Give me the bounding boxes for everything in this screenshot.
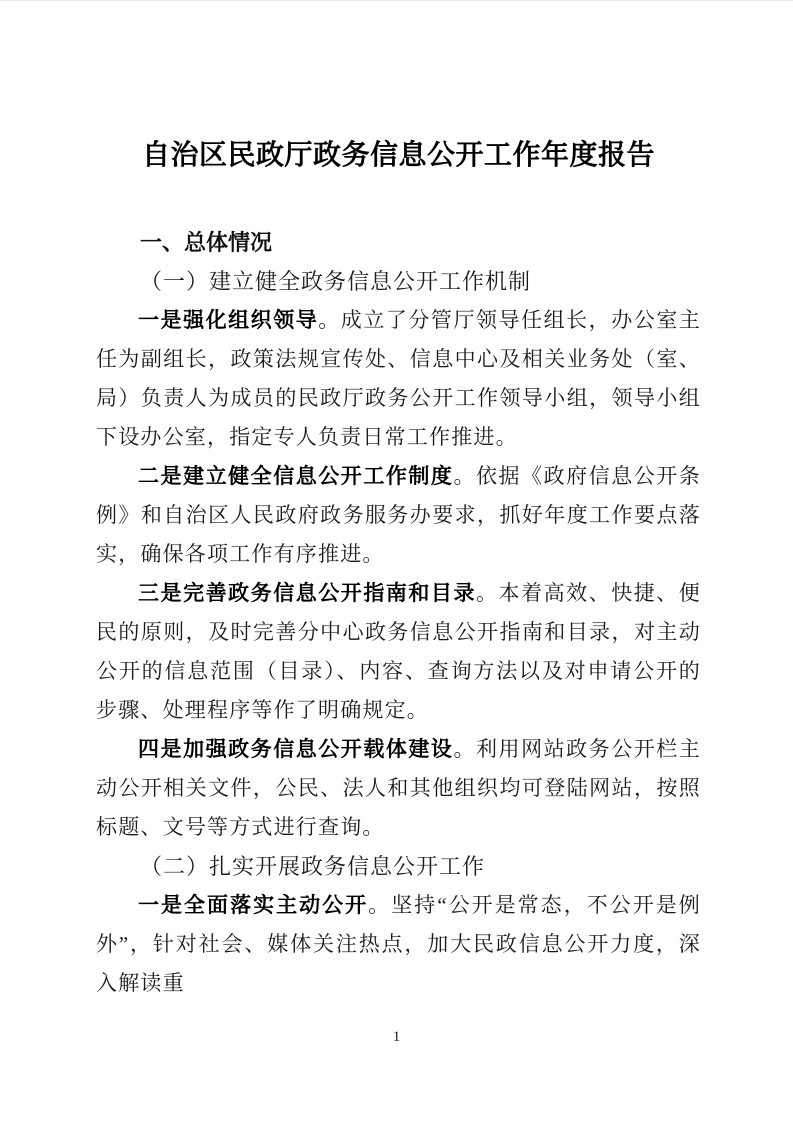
subsection-heading-2: （二）扎实开展政务信息公开工作 <box>96 847 701 886</box>
paragraph-5-lead: 一是全面落实主动公开 <box>138 893 368 917</box>
section-heading-overall-situation: 一、总体情况 <box>96 223 701 262</box>
paragraph-4-lead: 四是加强政务信息公开载体建设 <box>138 737 453 761</box>
paragraph-3: 三是完善政务信息公开指南和目录。本着高效、快捷、便民的原则，及时完善分中心政务信… <box>96 574 701 730</box>
paragraph-2: 二是建立健全信息公开工作制度。依据《政府信息公开条例》和自治区人民政府政务服务办… <box>96 457 701 574</box>
paragraph-3-lead: 三是完善政务信息公开指南和目录 <box>138 581 476 605</box>
paragraph-2-lead: 二是建立健全信息公开工作制度 <box>138 464 453 488</box>
paragraph-4: 四是加强政务信息公开载体建设。利用网站政务公开栏主动公开相关文件，公民、法人和其… <box>96 730 701 847</box>
subsection-heading-1: （一）建立健全政务信息公开工作机制 <box>96 262 701 301</box>
document-title: 自治区民政厅政务信息公开工作年度报告 <box>96 133 701 179</box>
page-number: 1 <box>0 1029 793 1046</box>
paragraph-1-lead: 一是强化组织领导 <box>138 308 318 332</box>
paragraph-1: 一是强化组织领导。成立了分管厅领导任组长，办公室主任为副组长，政策法规宣传处、信… <box>96 301 701 457</box>
document-page: 自治区民政厅政务信息公开工作年度报告 一、总体情况 （一）建立健全政务信息公开工… <box>0 0 793 1122</box>
paragraph-5: 一是全面落实主动公开。坚持“公开是常态，不公开是例外”，针对社会、媒体关注热点，… <box>96 886 701 1003</box>
document-content: 自治区民政厅政务信息公开工作年度报告 一、总体情况 （一）建立健全政务信息公开工… <box>96 133 701 1003</box>
